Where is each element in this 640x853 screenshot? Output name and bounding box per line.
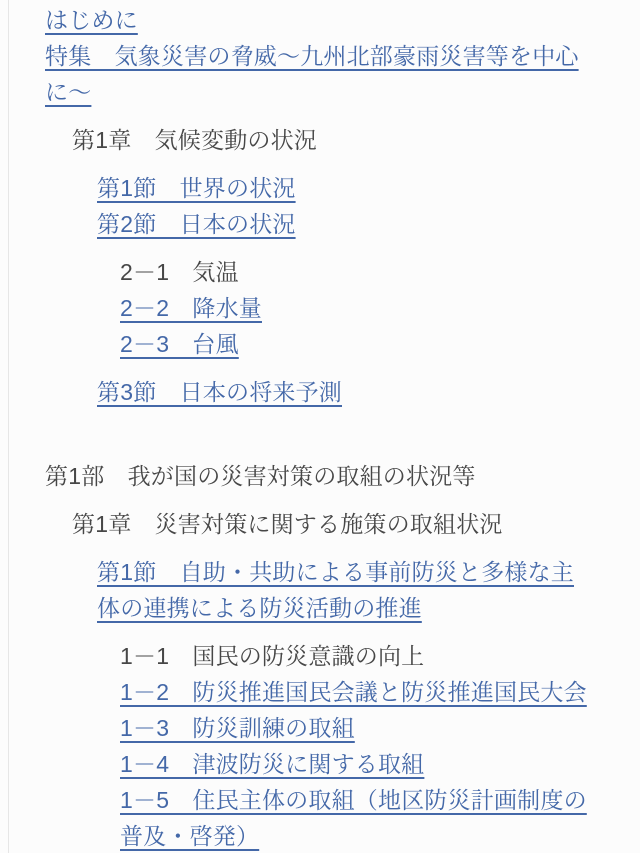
toc-link[interactable]: 1－2 防災推進国民会議と防災推進国民大会 (120, 679, 587, 705)
toc-item: 第1章 気候変動の状況 (45, 122, 593, 158)
toc-link[interactable]: 特集 気象災害の脅威〜九州北部豪雨災害等を中心に〜 (45, 43, 579, 105)
toc-group: はじめに特集 気象災害の脅威〜九州北部豪雨災害等を中心に〜 (45, 2, 593, 110)
toc-link[interactable]: 第1節 自助・共助による事前防災と多様な主体の連携による防災活動の推進 (97, 559, 574, 621)
toc-item: 第1節 世界の状況 (45, 170, 593, 206)
toc-item: 1－2 防災推進国民会議と防災推進国民大会 (45, 674, 593, 710)
toc-entry-text: 第1章 気候変動の状況 (72, 127, 317, 153)
toc-entry-text: 第1章 災害対策に関する施策の取組状況 (72, 511, 503, 537)
toc-link[interactable]: 2－2 降水量 (120, 295, 262, 321)
toc-group: 2－1 気温2－2 降水量2－3 台風 (45, 254, 593, 362)
page-edge-line (8, 0, 9, 853)
toc-item: はじめに (45, 2, 593, 38)
toc-group: 1－1 国民の防災意識の向上1－2 防災推進国民会議と防災推進国民大会1－3 防… (45, 638, 593, 853)
toc-entry-text: 2－1 気温 (120, 259, 239, 285)
toc-item: 第2節 日本の状況 (45, 206, 593, 242)
toc-group: 第1章 気候変動の状況 (45, 122, 593, 158)
toc-item: 2－2 降水量 (45, 290, 593, 326)
toc-item: 1－1 国民の防災意識の向上 (45, 638, 593, 674)
toc-entry-text: 第1部 我が国の災害対策の取組の状況等 (45, 463, 476, 489)
toc-item: 第1章 災害対策に関する施策の取組状況 (45, 506, 593, 542)
toc-link[interactable]: はじめに (45, 7, 138, 33)
toc-item: 第1節 自助・共助による事前防災と多様な主体の連携による防災活動の推進 (45, 554, 593, 626)
toc-entry-text: 1－1 国民の防災意識の向上 (120, 643, 424, 669)
table-of-contents: はじめに特集 気象災害の脅威〜九州北部豪雨災害等を中心に〜第1章 気候変動の状況… (45, 2, 593, 853)
toc-item: 2－3 台風 (45, 326, 593, 362)
toc-item: 1－3 防災訓練の取組 (45, 710, 593, 746)
toc-link[interactable]: 第1節 世界の状況 (97, 175, 296, 201)
toc-item: 1－5 住民主体の取組（地区防災計画制度の普及・啓発） (45, 782, 593, 853)
toc-group: 第1節 世界の状況第2節 日本の状況 (45, 170, 593, 242)
toc-link[interactable]: 2－3 台風 (120, 331, 239, 357)
toc-link[interactable]: 1－4 津波防災に関する取組 (120, 751, 424, 777)
toc-group: 第1部 我が国の災害対策の取組の状況等 (45, 458, 593, 494)
toc-item: 特集 気象災害の脅威〜九州北部豪雨災害等を中心に〜 (45, 38, 593, 110)
toc-link[interactable]: 第2節 日本の状況 (97, 211, 296, 237)
toc-link[interactable]: 1－5 住民主体の取組（地区防災計画制度の普及・啓発） (120, 787, 587, 849)
toc-item: 2－1 気温 (45, 254, 593, 290)
toc-link[interactable]: 1－3 防災訓練の取組 (120, 715, 355, 741)
toc-link[interactable]: 第3節 日本の将来予測 (97, 379, 342, 405)
toc-group: 第3節 日本の将来予測 (45, 374, 593, 410)
toc-item: 第1部 我が国の災害対策の取組の状況等 (45, 458, 593, 494)
toc-item: 1－4 津波防災に関する取組 (45, 746, 593, 782)
toc-group: 第1節 自助・共助による事前防災と多様な主体の連携による防災活動の推進 (45, 554, 593, 626)
toc-item: 第3節 日本の将来予測 (45, 374, 593, 410)
toc-group: 第1章 災害対策に関する施策の取組状況 (45, 506, 593, 542)
